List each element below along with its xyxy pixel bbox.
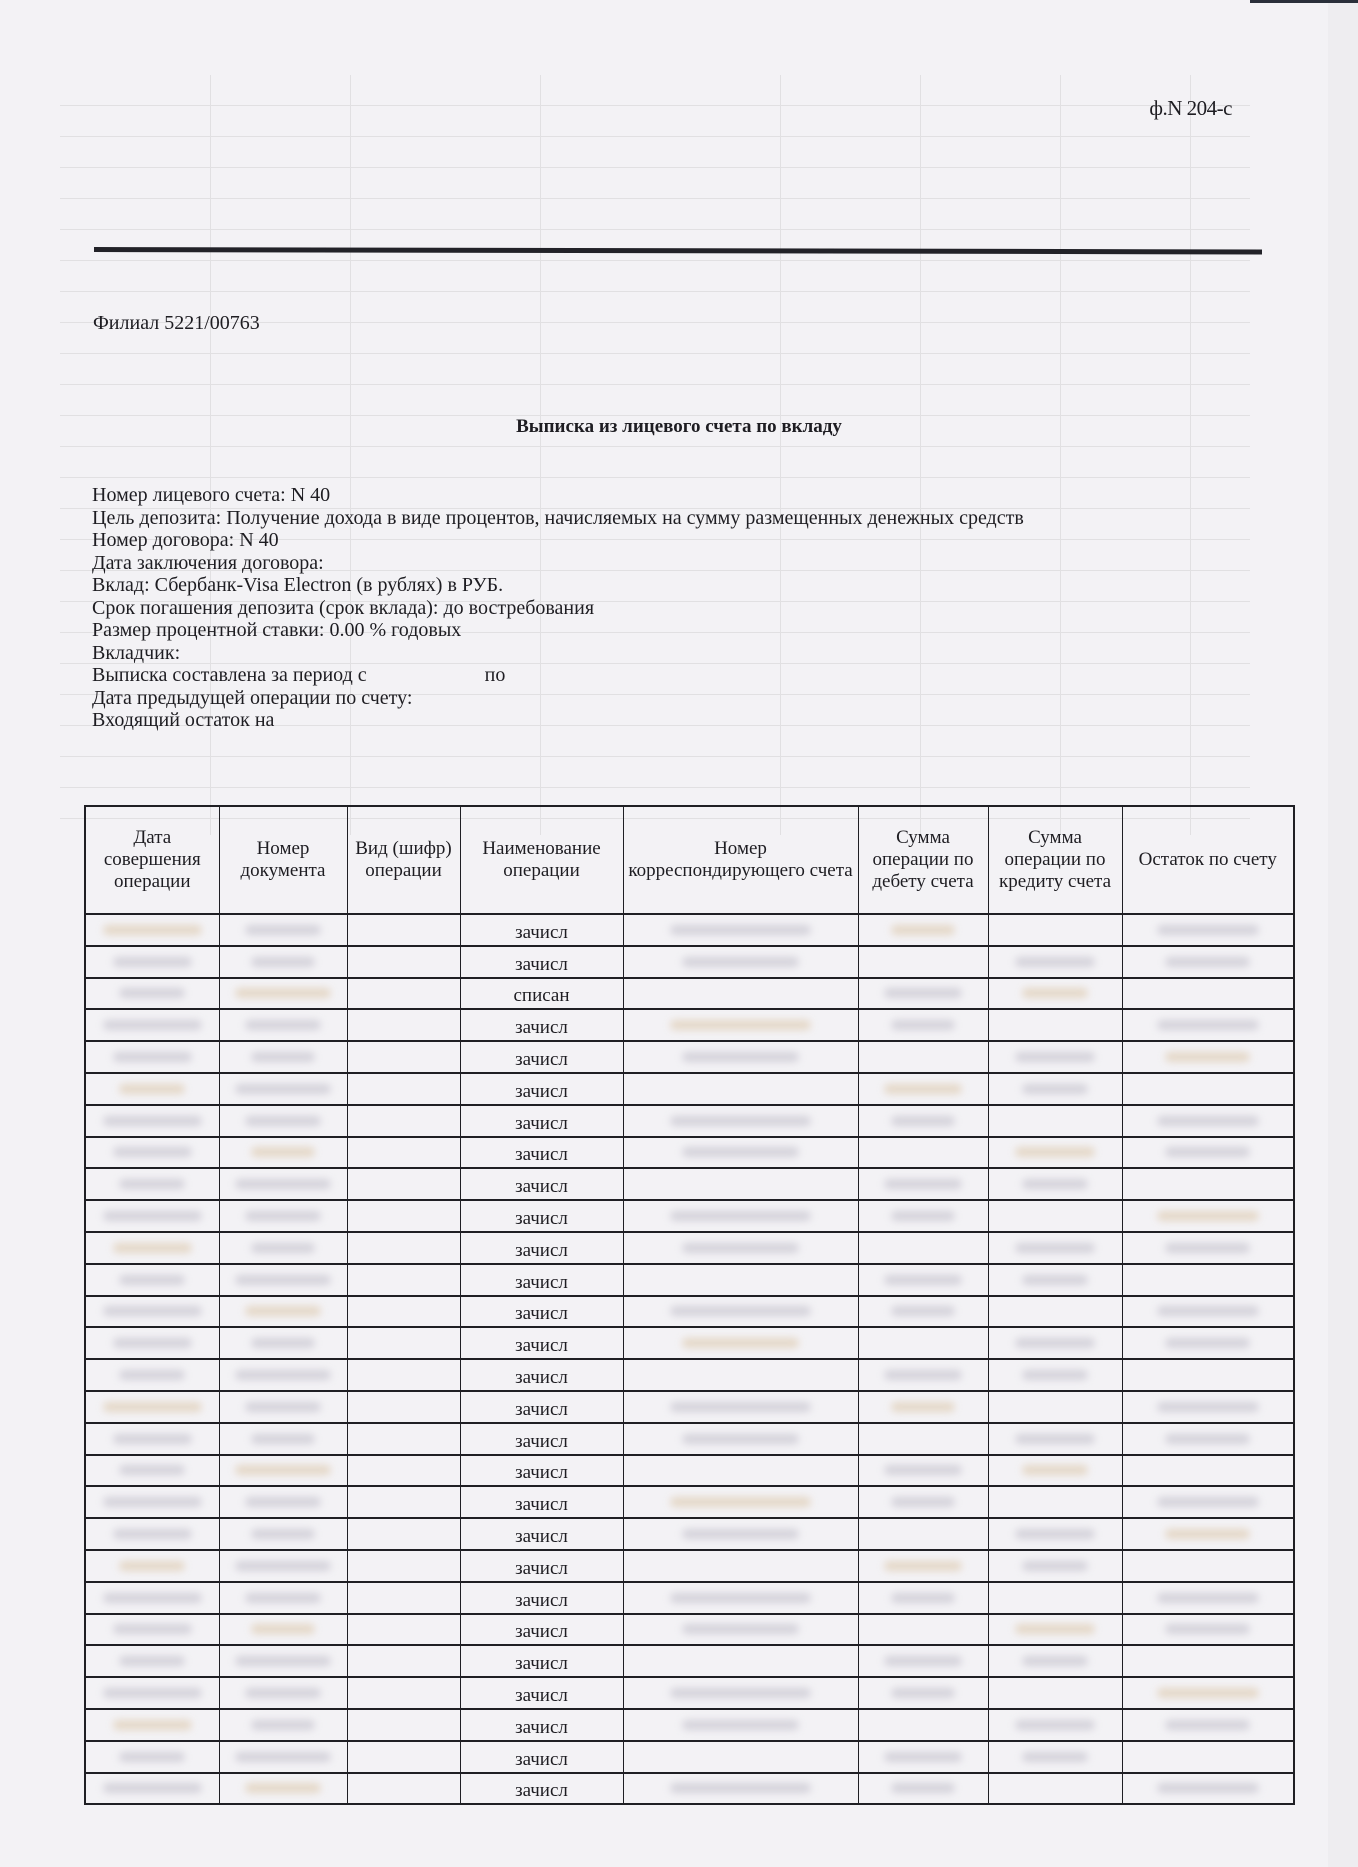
cell-credit	[988, 1264, 1122, 1296]
table-row: зачисл	[85, 1741, 1294, 1773]
redacted-value	[103, 1020, 202, 1030]
deposit-term: Срок погашения депозита (срок вклада): д…	[92, 597, 1024, 620]
account-info-block: Номер лицевого счета: N 40 Цель депозита…	[92, 484, 1024, 732]
cell-doc-number	[219, 1041, 347, 1073]
redacted-value	[113, 1434, 193, 1444]
redacted-value	[103, 1688, 202, 1698]
cell-balance	[1122, 978, 1294, 1010]
redacted-value	[1157, 1116, 1259, 1126]
cell-doc-number	[219, 1073, 347, 1105]
cell-debit	[858, 1486, 988, 1518]
redacted-value	[682, 1052, 799, 1062]
cell-date	[85, 1105, 219, 1137]
operation-name: зачисл	[515, 1367, 568, 1388]
redacted-value	[103, 1211, 202, 1221]
cell-op-code	[347, 1359, 460, 1391]
redacted-value	[1022, 1179, 1089, 1189]
operation-name: списан	[513, 985, 569, 1006]
redacted-value	[113, 957, 193, 967]
cell-date	[85, 1645, 219, 1677]
cell-debit	[858, 1296, 988, 1328]
cell-date	[85, 1232, 219, 1264]
opening-balance: Входящий остаток на	[92, 709, 1024, 732]
cell-debit	[858, 1041, 988, 1073]
redacted-value	[891, 1593, 956, 1603]
redacted-value	[1022, 1561, 1089, 1571]
redacted-value	[1165, 1624, 1250, 1634]
cell-doc-number	[219, 1741, 347, 1773]
redacted-value	[891, 1402, 956, 1412]
cell-debit	[858, 1009, 988, 1041]
cell-balance	[1122, 1614, 1294, 1646]
redacted-value	[891, 1783, 956, 1793]
cell-corr-account	[623, 1423, 858, 1455]
cell-doc-number	[219, 946, 347, 978]
redacted-value	[1015, 1147, 1095, 1157]
table-row: зачисл	[85, 1105, 1294, 1137]
cell-op-name: зачисл	[460, 1073, 623, 1105]
table-row: зачисл	[85, 1423, 1294, 1455]
redacted-value	[884, 1275, 961, 1285]
account-number: Номер лицевого счета: N 40	[92, 484, 1024, 507]
cell-op-code	[347, 1486, 460, 1518]
redacted-value	[245, 1306, 321, 1316]
cell-date	[85, 1518, 219, 1550]
cell-op-name: зачисл	[460, 1359, 623, 1391]
cell-balance	[1122, 1486, 1294, 1518]
cell-doc-number	[219, 1009, 347, 1041]
redacted-value	[251, 1147, 315, 1157]
table-body: зачислзачислсписанзачислзачислзачислзачи…	[85, 914, 1294, 1804]
redacted-value	[251, 957, 315, 967]
cell-debit	[858, 1105, 988, 1137]
cell-debit	[858, 914, 988, 946]
cell-op-code	[347, 1009, 460, 1041]
table-row: зачисл	[85, 1073, 1294, 1105]
redacted-value	[119, 1084, 185, 1094]
redacted-value	[884, 1561, 961, 1571]
redacted-value	[251, 1624, 315, 1634]
cell-doc-number	[219, 1518, 347, 1550]
operation-name: зачисл	[515, 922, 568, 943]
table-row: зачисл	[85, 1550, 1294, 1582]
cell-op-code	[347, 1550, 460, 1582]
table-row: зачисл	[85, 1232, 1294, 1264]
redacted-value	[235, 1275, 330, 1285]
redacted-value	[119, 1275, 185, 1285]
redacted-value	[1022, 1465, 1089, 1475]
cell-balance	[1122, 1645, 1294, 1677]
cell-op-code	[347, 914, 460, 946]
table-row: зачисл	[85, 1486, 1294, 1518]
cell-balance	[1122, 1327, 1294, 1359]
cell-credit	[988, 1423, 1122, 1455]
redacted-value	[235, 1370, 330, 1380]
redacted-value	[670, 1593, 810, 1603]
redacted-value	[1022, 1275, 1089, 1285]
redacted-value	[1022, 1370, 1089, 1380]
cell-corr-account	[623, 1614, 858, 1646]
cell-op-name: зачисл	[460, 1296, 623, 1328]
cell-date	[85, 1391, 219, 1423]
redacted-value	[245, 925, 321, 935]
cell-date	[85, 1486, 219, 1518]
cell-op-code	[347, 1773, 460, 1805]
cell-debit	[858, 1741, 988, 1773]
cell-op-code	[347, 1645, 460, 1677]
cell-corr-account	[623, 1296, 858, 1328]
cell-date	[85, 1168, 219, 1200]
redacted-value	[235, 1084, 330, 1094]
cell-date	[85, 1359, 219, 1391]
cell-debit	[858, 1391, 988, 1423]
col-header-date: Дата совершения операции	[85, 806, 219, 914]
cell-debit	[858, 1709, 988, 1741]
cell-op-code	[347, 1455, 460, 1487]
cell-op-name: зачисл	[460, 1773, 623, 1805]
cell-date	[85, 1614, 219, 1646]
cell-corr-account	[623, 1773, 858, 1805]
statement-period: Выписка составлена за период спо	[92, 664, 1024, 687]
redacted-value	[245, 1116, 321, 1126]
cell-credit	[988, 1741, 1122, 1773]
cell-debit	[858, 1582, 988, 1614]
cell-corr-account	[623, 1645, 858, 1677]
redacted-value	[251, 1338, 315, 1348]
redacted-value	[113, 1338, 193, 1348]
redacted-value	[1015, 1624, 1095, 1634]
redacted-value	[891, 925, 956, 935]
table-row: зачисл	[85, 914, 1294, 946]
cell-op-code	[347, 1327, 460, 1359]
redacted-value	[1165, 1338, 1250, 1348]
table-row: зачисл	[85, 1009, 1294, 1041]
cell-op-name: зачисл	[460, 1518, 623, 1550]
cell-credit	[988, 1105, 1122, 1137]
redacted-value	[884, 1084, 961, 1094]
operation-name: зачисл	[515, 1208, 568, 1229]
redacted-value	[251, 1243, 315, 1253]
redacted-value	[682, 957, 799, 967]
cell-credit	[988, 1614, 1122, 1646]
redacted-value	[245, 1688, 321, 1698]
cell-debit	[858, 946, 988, 978]
cell-credit	[988, 978, 1122, 1010]
redacted-value	[245, 1211, 321, 1221]
redacted-value	[1157, 1211, 1259, 1221]
redacted-value	[670, 1783, 810, 1793]
redacted-value	[103, 1402, 202, 1412]
redacted-value	[251, 1434, 315, 1444]
table-row: зачисл	[85, 1391, 1294, 1423]
redacted-value	[1157, 1783, 1259, 1793]
redacted-value	[1022, 1752, 1089, 1762]
redacted-value	[1022, 988, 1089, 998]
cell-debit	[858, 1423, 988, 1455]
redacted-value	[670, 1020, 810, 1030]
operation-name: зачисл	[515, 1272, 568, 1293]
table-row: зачисл	[85, 1455, 1294, 1487]
cell-corr-account	[623, 1105, 858, 1137]
cell-debit	[858, 1645, 988, 1677]
cell-balance	[1122, 1041, 1294, 1073]
cell-corr-account	[623, 978, 858, 1010]
cell-op-code	[347, 1709, 460, 1741]
table-row: зачисл	[85, 1709, 1294, 1741]
cell-doc-number	[219, 1359, 347, 1391]
col-header-op-code: Вид (шифр) операции	[347, 806, 460, 914]
cell-debit	[858, 1614, 988, 1646]
interest-rate: Размер процентной ставки: 0.00 % годовых	[92, 619, 1024, 642]
redacted-value	[119, 988, 185, 998]
cell-corr-account	[623, 1709, 858, 1741]
cell-corr-account	[623, 1486, 858, 1518]
cell-op-code	[347, 1296, 460, 1328]
cell-corr-account	[623, 1327, 858, 1359]
cell-op-name: зачисл	[460, 1614, 623, 1646]
cell-balance	[1122, 1391, 1294, 1423]
table-row: зачисл	[85, 946, 1294, 978]
cell-op-code	[347, 1200, 460, 1232]
operation-name: зачисл	[515, 1335, 568, 1356]
cell-corr-account	[623, 1582, 858, 1614]
operation-name: зачисл	[515, 1049, 568, 1070]
cell-op-name: зачисл	[460, 1041, 623, 1073]
cell-balance	[1122, 1264, 1294, 1296]
col-header-corr-account: Номер корреспондирующего счета	[623, 806, 858, 914]
cell-balance	[1122, 1550, 1294, 1582]
cell-op-name: зачисл	[460, 1009, 623, 1041]
cell-credit	[988, 1486, 1122, 1518]
cell-debit	[858, 1518, 988, 1550]
cell-corr-account	[623, 914, 858, 946]
statement-table: Дата совершения операции Номер документа…	[84, 805, 1295, 1805]
redacted-value	[251, 1529, 315, 1539]
cell-op-name: зачисл	[460, 1264, 623, 1296]
contract-date: Дата заключения договора:	[92, 552, 1024, 575]
redacted-value	[235, 1752, 330, 1762]
cell-date	[85, 1773, 219, 1805]
redacted-value	[1015, 957, 1095, 967]
redacted-value	[235, 1179, 330, 1189]
cell-balance	[1122, 1137, 1294, 1169]
redacted-value	[251, 1052, 315, 1062]
cell-debit	[858, 1137, 988, 1169]
redacted-value	[103, 1306, 202, 1316]
col-header-debit: Сумма операции по дебету счета	[858, 806, 988, 914]
cell-credit	[988, 1232, 1122, 1264]
redacted-value	[884, 1656, 961, 1666]
operation-name: зачисл	[515, 1462, 568, 1483]
cell-credit	[988, 1455, 1122, 1487]
cell-doc-number	[219, 1232, 347, 1264]
redacted-value	[670, 925, 810, 935]
deposit-purpose: Цель депозита: Получение дохода в виде п…	[92, 507, 1024, 530]
cell-doc-number	[219, 1423, 347, 1455]
cell-date	[85, 1009, 219, 1041]
cell-balance	[1122, 1423, 1294, 1455]
cell-date	[85, 1041, 219, 1073]
redacted-value	[891, 1688, 956, 1698]
table-row: зачисл	[85, 1677, 1294, 1709]
operation-name: зачисл	[515, 1590, 568, 1611]
cell-op-name: зачисл	[460, 914, 623, 946]
cell-corr-account	[623, 1009, 858, 1041]
cell-balance	[1122, 1009, 1294, 1041]
redacted-value	[891, 1306, 956, 1316]
cell-balance	[1122, 1073, 1294, 1105]
cell-doc-number	[219, 1486, 347, 1518]
redacted-value	[235, 1561, 330, 1571]
cell-balance	[1122, 1582, 1294, 1614]
redacted-value	[1165, 1434, 1250, 1444]
redacted-value	[1015, 1243, 1095, 1253]
cell-op-code	[347, 1168, 460, 1200]
cell-date	[85, 1200, 219, 1232]
cell-date	[85, 1582, 219, 1614]
redacted-value	[670, 1688, 810, 1698]
cell-debit	[858, 1200, 988, 1232]
redacted-value	[884, 988, 961, 998]
redacted-value	[103, 1593, 202, 1603]
cell-credit	[988, 1359, 1122, 1391]
redacted-value	[245, 1783, 321, 1793]
operation-name: зачисл	[515, 1526, 568, 1547]
redacted-value	[682, 1624, 799, 1634]
redacted-value	[1157, 1497, 1259, 1507]
redacted-value	[682, 1147, 799, 1157]
cell-op-code	[347, 1137, 460, 1169]
cell-doc-number	[219, 1200, 347, 1232]
cell-balance	[1122, 1105, 1294, 1137]
operation-name: зачисл	[515, 1144, 568, 1165]
cell-date	[85, 1550, 219, 1582]
redacted-value	[670, 1116, 810, 1126]
redacted-value	[1157, 1020, 1259, 1030]
redacted-value	[1015, 1720, 1095, 1730]
cell-corr-account	[623, 1518, 858, 1550]
cell-op-name: зачисл	[460, 1709, 623, 1741]
cell-op-name: зачисл	[460, 1741, 623, 1773]
cell-balance	[1122, 1773, 1294, 1805]
cell-balance	[1122, 1296, 1294, 1328]
cell-corr-account	[623, 1741, 858, 1773]
cell-op-code	[347, 946, 460, 978]
redacted-value	[119, 1370, 185, 1380]
period-to-label: по	[485, 664, 506, 686]
redacted-value	[251, 1720, 315, 1730]
cell-credit	[988, 1709, 1122, 1741]
cell-doc-number	[219, 1677, 347, 1709]
cell-debit	[858, 1677, 988, 1709]
redacted-value	[1165, 1052, 1250, 1062]
redacted-value	[1165, 1720, 1250, 1730]
redacted-value	[1157, 1306, 1259, 1316]
redacted-value	[103, 925, 202, 935]
redacted-value	[1165, 1147, 1250, 1157]
operation-name: зачисл	[515, 1303, 568, 1324]
redacted-value	[235, 1465, 330, 1475]
cell-balance	[1122, 946, 1294, 978]
cell-doc-number	[219, 1105, 347, 1137]
cell-op-code	[347, 1677, 460, 1709]
redacted-value	[1165, 1529, 1250, 1539]
table-row: зачисл	[85, 1645, 1294, 1677]
cell-credit	[988, 1645, 1122, 1677]
operation-name: зачисл	[515, 1685, 568, 1706]
cell-op-code	[347, 1614, 460, 1646]
redacted-value	[103, 1497, 202, 1507]
cell-doc-number	[219, 1614, 347, 1646]
cell-doc-number	[219, 1327, 347, 1359]
redacted-value	[113, 1243, 193, 1253]
cell-credit	[988, 1041, 1122, 1073]
redacted-value	[1015, 1529, 1095, 1539]
redacted-value	[891, 1211, 956, 1221]
previous-operation-date: Дата предыдущей операции по счету:	[92, 687, 1024, 710]
redacted-value	[682, 1720, 799, 1730]
cell-op-name: зачисл	[460, 1455, 623, 1487]
cell-corr-account	[623, 1168, 858, 1200]
cell-doc-number	[219, 1296, 347, 1328]
operation-name: зачисл	[515, 1558, 568, 1579]
table-row: зачисл	[85, 1518, 1294, 1550]
table-row: зачисл	[85, 1773, 1294, 1805]
cell-op-code	[347, 1232, 460, 1264]
redacted-value	[682, 1529, 799, 1539]
cell-date	[85, 1327, 219, 1359]
operation-name: зачисл	[515, 1653, 568, 1674]
cell-date	[85, 914, 219, 946]
operation-name: зачисл	[515, 1113, 568, 1134]
table-row: зачисл	[85, 1614, 1294, 1646]
cell-debit	[858, 1359, 988, 1391]
cell-debit	[858, 1455, 988, 1487]
cell-credit	[988, 1296, 1122, 1328]
cell-balance	[1122, 1677, 1294, 1709]
scan-edge-top	[1250, 0, 1358, 3]
cell-doc-number	[219, 978, 347, 1010]
cell-balance	[1122, 1741, 1294, 1773]
redacted-value	[1015, 1052, 1095, 1062]
redacted-value	[670, 1402, 810, 1412]
cell-credit	[988, 1582, 1122, 1614]
cell-corr-account	[623, 1264, 858, 1296]
cell-op-code	[347, 1391, 460, 1423]
cell-date	[85, 1423, 219, 1455]
redacted-value	[245, 1020, 321, 1030]
cell-doc-number	[219, 1264, 347, 1296]
col-header-balance: Остаток по счету	[1122, 806, 1294, 914]
cell-op-name: зачисл	[460, 946, 623, 978]
table-row: зачисл	[85, 1137, 1294, 1169]
cell-debit	[858, 978, 988, 1010]
cell-debit	[858, 1073, 988, 1105]
cell-op-name: зачисл	[460, 1391, 623, 1423]
redacted-value	[682, 1338, 799, 1348]
cell-op-code	[347, 1582, 460, 1614]
cell-credit	[988, 946, 1122, 978]
cell-corr-account	[623, 1232, 858, 1264]
cell-credit	[988, 1137, 1122, 1169]
operation-name: зачисл	[515, 1176, 568, 1197]
period-from-label: Выписка составлена за период с	[92, 664, 367, 686]
operation-name: зачисл	[515, 1081, 568, 1102]
cell-balance	[1122, 1709, 1294, 1741]
table-row: зачисл	[85, 1296, 1294, 1328]
table-row: зачисл	[85, 1359, 1294, 1391]
deposit-type: Вклад: Сбербанк-Visa Electron (в рублях)…	[92, 574, 1024, 597]
